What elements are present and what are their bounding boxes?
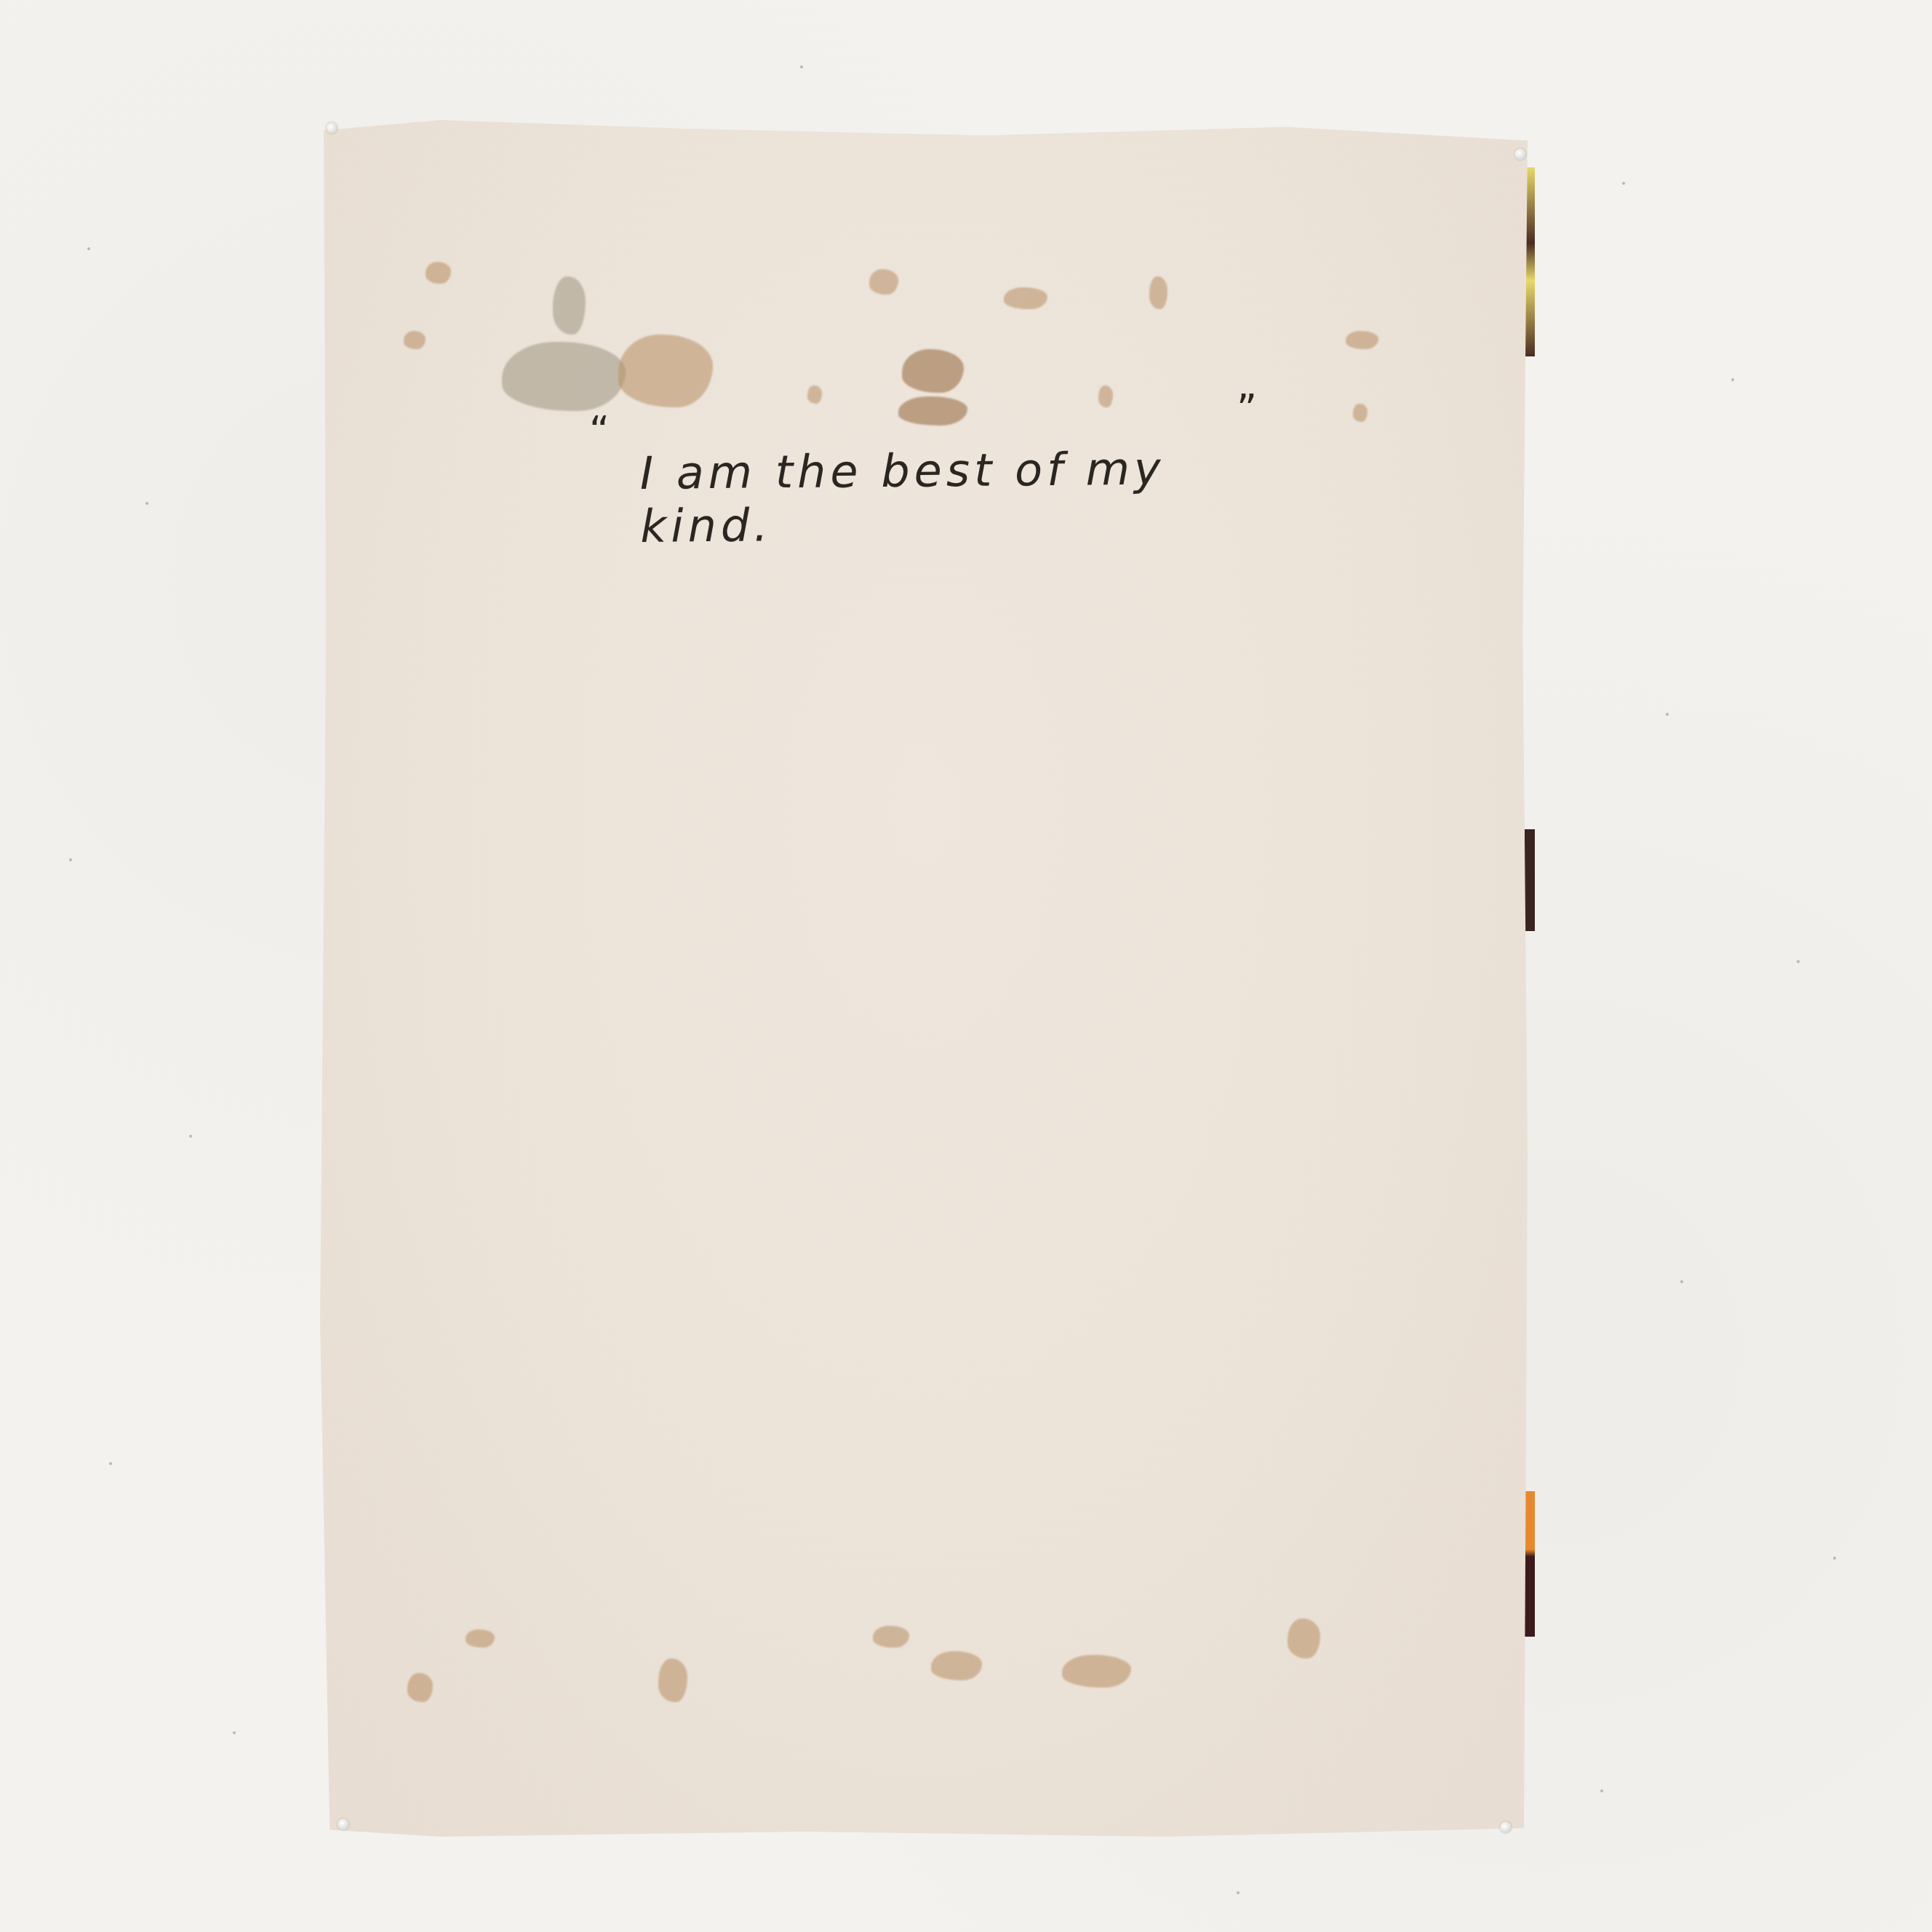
stain bbox=[426, 262, 451, 284]
pushpin bbox=[326, 122, 338, 134]
stain bbox=[869, 269, 898, 295]
stain bbox=[1353, 404, 1368, 422]
wall-speck bbox=[109, 1462, 112, 1465]
wall-speck bbox=[1600, 1789, 1603, 1792]
pushpin bbox=[1500, 1821, 1512, 1833]
stain bbox=[618, 335, 713, 407]
stain bbox=[873, 1626, 909, 1648]
stain bbox=[407, 1673, 433, 1702]
wall-speck bbox=[1680, 1280, 1683, 1283]
pushpin bbox=[1514, 148, 1526, 160]
wall-speck bbox=[1622, 182, 1625, 185]
stain bbox=[1149, 276, 1167, 309]
stain bbox=[902, 349, 964, 393]
wall-speck bbox=[1666, 713, 1669, 716]
wall-speck bbox=[233, 1731, 236, 1734]
stain bbox=[553, 276, 586, 335]
wall-speck bbox=[145, 502, 148, 505]
wall-speck bbox=[1797, 960, 1800, 963]
stain bbox=[1062, 1655, 1131, 1688]
stain bbox=[404, 331, 426, 349]
patterned-fabric-edge bbox=[1525, 829, 1535, 931]
close-quote-mark: ” bbox=[1237, 386, 1257, 431]
stain bbox=[466, 1629, 495, 1648]
wall-speck bbox=[69, 858, 72, 861]
open-quote-mark: “ bbox=[589, 407, 610, 453]
pushpin bbox=[338, 1819, 349, 1830]
stain bbox=[658, 1658, 687, 1702]
wall-speck bbox=[1731, 378, 1734, 381]
stain bbox=[898, 396, 967, 426]
stain bbox=[502, 342, 626, 411]
wall-speck bbox=[1833, 1557, 1836, 1560]
patterned-fabric-edge bbox=[1525, 1491, 1535, 1637]
stain bbox=[1098, 386, 1113, 407]
stain bbox=[931, 1651, 982, 1680]
stain bbox=[1346, 331, 1378, 349]
stain bbox=[1288, 1618, 1320, 1658]
stain bbox=[1004, 287, 1047, 309]
wall-speck bbox=[87, 247, 90, 250]
stain bbox=[807, 386, 822, 404]
wall-speck bbox=[1237, 1891, 1240, 1894]
wall-speck bbox=[800, 65, 803, 68]
wall-speck bbox=[189, 1135, 192, 1138]
handwritten-quote: I am the best of my kind. bbox=[639, 441, 1295, 553]
